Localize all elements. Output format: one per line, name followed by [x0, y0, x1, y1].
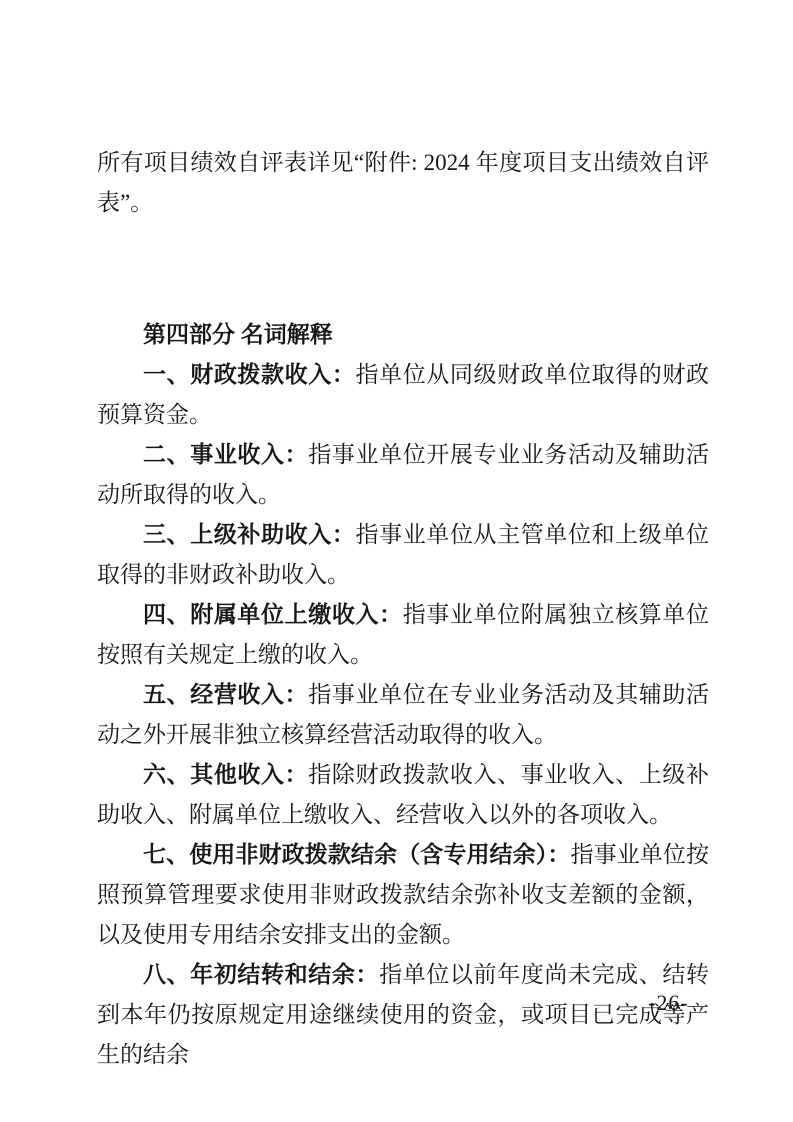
term-label: 七、使用非财政拨款结余（含专用结余）：: [143, 842, 570, 867]
page-number: -26-: [648, 990, 689, 1016]
term-label: 六、其他收入：: [143, 762, 308, 787]
term-label: 二、事业收入：: [143, 442, 308, 467]
term-label: 三、上级补助收入：: [143, 522, 355, 547]
term-label: 五、经营收入：: [143, 682, 308, 707]
term-paragraph: 六、其他收入：指除财政拨款收入、事业收入、上级补助收入、附属单位上缴收入、经营收…: [97, 755, 709, 835]
page-content: 所有项目绩效自评表详见“附件: 2024 年度项目支出绩效自评表”。 第四部分 …: [97, 143, 709, 1075]
term-paragraph: 四、附属单位上缴收入：指事业单位附属独立核算单位按照有关规定上缴的收入。: [97, 595, 709, 675]
term-paragraph: 三、上级补助收入：指事业单位从主管单位和上级单位取得的非财政补助收入。: [97, 515, 709, 595]
term-label: 一、财政拨款收入：: [143, 362, 355, 387]
term-label: 八、年初结转和结余：: [143, 962, 379, 987]
term-paragraph: 一、财政拨款收入：指单位从同级财政单位取得的财政预算资金。: [97, 355, 709, 435]
term-label: 四、附属单位上缴收入：: [143, 602, 403, 627]
section-heading: 第四部分 名词解释: [97, 315, 709, 355]
intro-paragraph: 所有项目绩效自评表详见“附件: 2024 年度项目支出绩效自评表”。: [97, 143, 709, 223]
term-paragraph: 五、经营收入：指事业单位在专业业务活动及其辅助活动之外开展非独立核算经营活动取得…: [97, 675, 709, 755]
term-paragraph: 二、事业收入：指事业单位开展专业业务活动及辅助活动所取得的收入。: [97, 435, 709, 515]
term-paragraph: 八、年初结转和结余：指单位以前年度尚未完成、结转到本年仍按原规定用途继续使用的资…: [97, 955, 709, 1075]
document-page: 所有项目绩效自评表详见“附件: 2024 年度项目支出绩效自评表”。 第四部分 …: [0, 0, 793, 1122]
term-paragraph: 七、使用非财政拨款结余（含专用结余）：指事业单位按照预算管理要求使用非财政拨款结…: [97, 835, 709, 955]
